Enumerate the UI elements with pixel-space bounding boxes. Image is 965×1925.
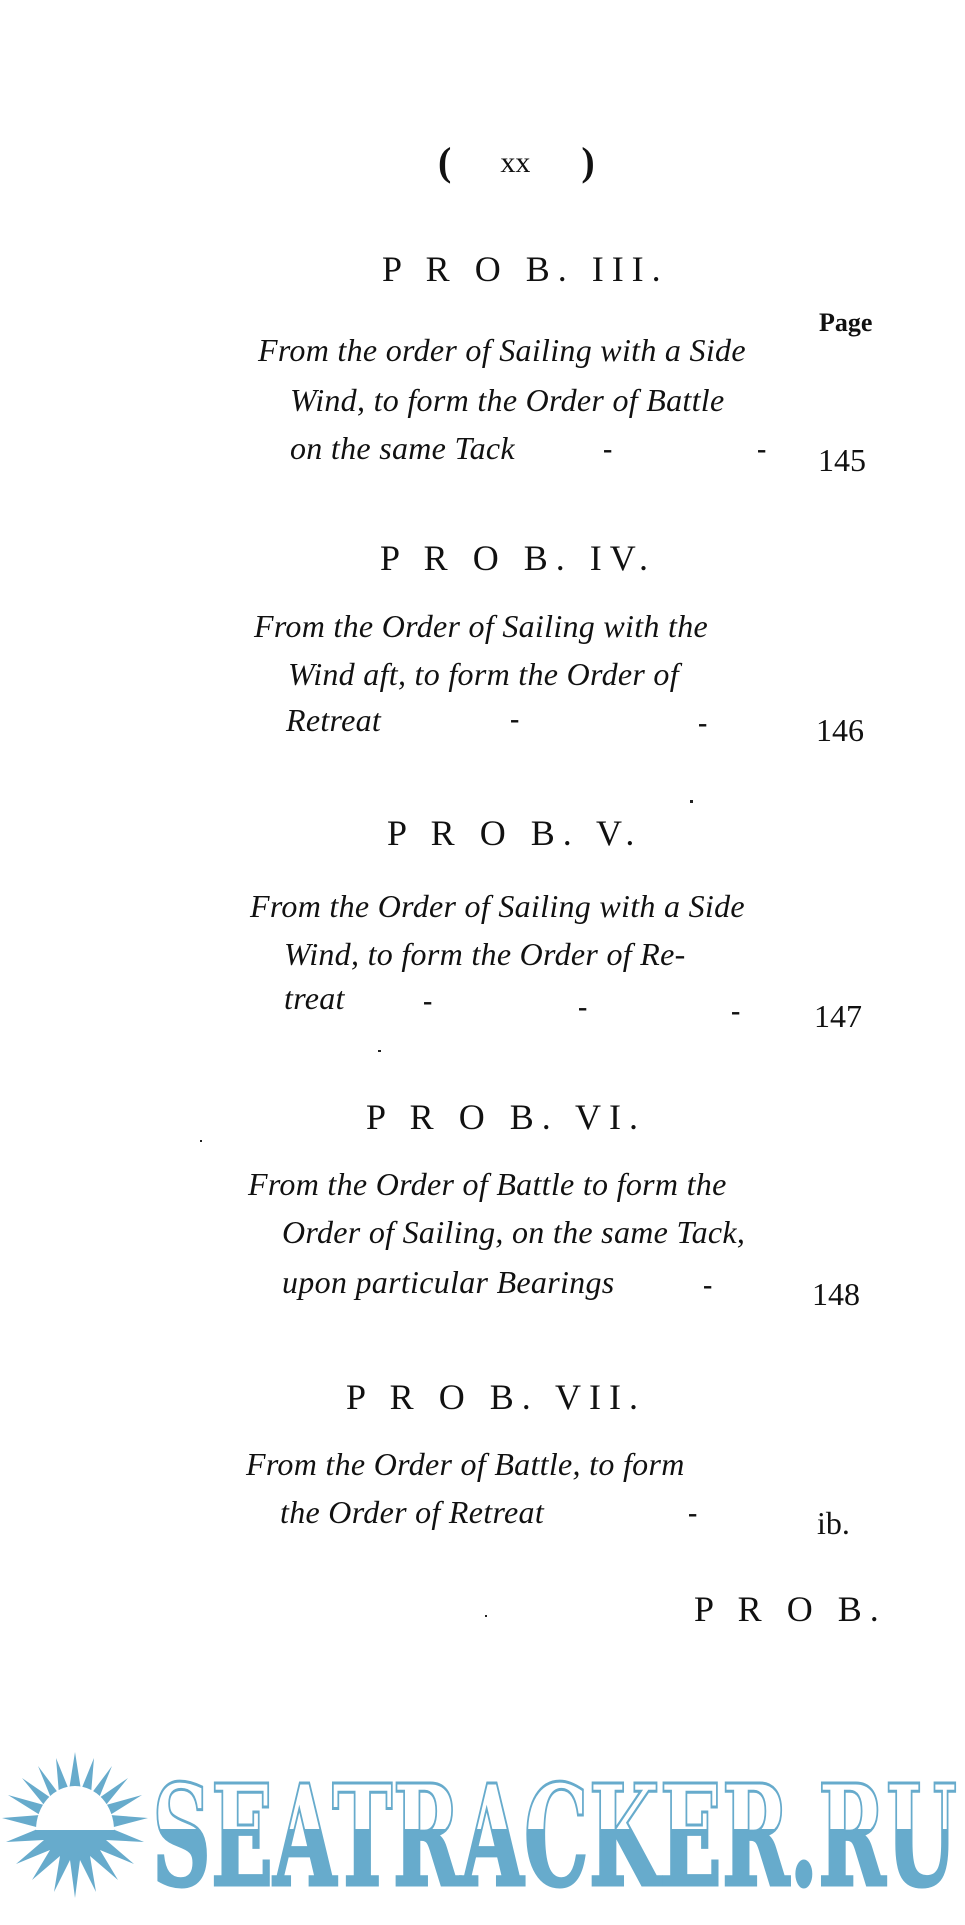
entry-line: From the Order of Battle, to form bbox=[246, 1446, 685, 1483]
page-column-label: Page bbox=[819, 308, 872, 338]
ink-speck bbox=[378, 1050, 381, 1052]
leader-dash: - bbox=[510, 704, 519, 736]
leader-dash: - bbox=[578, 992, 587, 1024]
ink-speck bbox=[485, 1615, 487, 1617]
folio-close-paren: ) bbox=[581, 139, 594, 184]
section-heading-prob-iv: P R O B. IV. bbox=[380, 537, 656, 579]
section-heading-prob-vi: P R O B. VI. bbox=[366, 1096, 646, 1138]
section-heading-prob-vii: P R O B. VII. bbox=[346, 1376, 646, 1418]
page-number: 145 bbox=[818, 442, 866, 479]
leader-dash: - bbox=[731, 996, 740, 1028]
leader-dash: - bbox=[603, 434, 612, 466]
watermark: SEATRACKER.RU SEATRACKER.RU bbox=[0, 1745, 965, 1905]
page-number: ib. bbox=[817, 1505, 850, 1542]
entry-line: From the Order of Sailing with a Side bbox=[250, 888, 745, 925]
leader-dash: - bbox=[423, 986, 432, 1018]
folio-number: xx bbox=[500, 146, 530, 179]
catchword: P R O B. bbox=[694, 1588, 887, 1630]
entry-line: From the Order of Sailing with the bbox=[254, 608, 708, 645]
entry-line: the Order of Retreat bbox=[280, 1494, 544, 1531]
section-heading-prob-iii: P R O B. III. bbox=[382, 248, 669, 290]
watermark-wordmark: SEATRACKER.RU SEATRACKER.RU bbox=[150, 1760, 965, 1900]
entry-line: From the Order of Battle to form the bbox=[248, 1166, 727, 1203]
page-number: 148 bbox=[812, 1276, 860, 1313]
leader-dash: - bbox=[703, 1270, 712, 1302]
entry-line: Order of Sailing, on the same Tack, bbox=[282, 1214, 745, 1251]
entry-line: upon particular Bearings bbox=[282, 1264, 615, 1301]
leader-dash: - bbox=[757, 434, 766, 466]
sun-over-sea-icon bbox=[0, 1750, 150, 1900]
entry-line: on the same Tack bbox=[290, 430, 515, 467]
entry-line: Wind aft, to form the Order of bbox=[288, 656, 679, 693]
ink-speck bbox=[690, 800, 693, 803]
folio-open-paren: ( bbox=[438, 139, 451, 184]
ink-speck bbox=[200, 1140, 202, 1142]
entry-line: Retreat bbox=[286, 702, 381, 739]
folio: ( xx ) bbox=[438, 138, 598, 185]
page-number: 147 bbox=[814, 998, 862, 1035]
leader-dash: - bbox=[688, 1498, 697, 1530]
entry-line: From the order of Sailing with a Side bbox=[258, 332, 746, 369]
entry-line: Wind, to form the Order of Re- bbox=[284, 936, 686, 973]
entry-line: Wind, to form the Order of Battle bbox=[290, 382, 724, 419]
entry-line: treat bbox=[284, 980, 345, 1017]
leader-dash: - bbox=[698, 708, 707, 740]
section-heading-prob-v: P R O B. V. bbox=[387, 812, 642, 854]
page-number: 146 bbox=[816, 712, 864, 749]
